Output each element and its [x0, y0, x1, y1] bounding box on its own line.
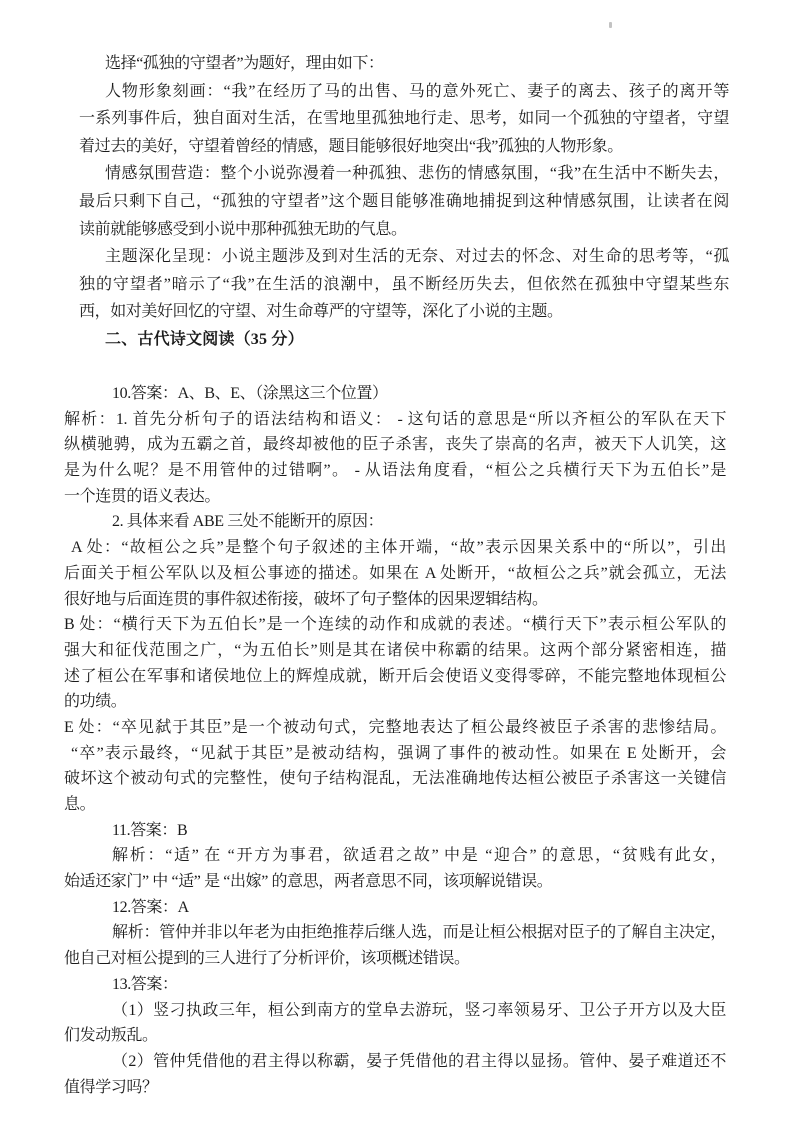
section-heading: 二、古代诗文阅读（35 分）: [79, 326, 729, 354]
text-line: 始适还家门” 中 “适” 是 “出嫁” 的意思，两者意思不同，该项解说错误。: [64, 869, 726, 895]
text-line: 是为什么呢？是不用管仲的过错啊”。 - 从语法角度看，“桓公之兵横行天下为五伯长…: [64, 458, 726, 484]
text-line: 他自己对桓公提到的三人进行了分析评价，该项概述错误。: [64, 946, 726, 972]
document-page: 选择“孤独的守望者”为题好，理由如下：人物形象刻画：“我”在经历了马的出售、马的…: [0, 0, 800, 1128]
text-line: 选择“孤独的守望者”为题好，理由如下：: [79, 50, 729, 78]
scan-artifact-dot: [609, 22, 612, 28]
text-line: 后面关于桓公军队以及桓公事迹的描述。如果在 A 处断开，“故桓公之兵”就会孤立，…: [64, 561, 726, 587]
answer-text-block-main: 10.答案：A、B、E、（涂黑这三个位置）解析：1. 首先分析句子的语法结构和语…: [64, 381, 726, 1100]
text-line: 值得学习吗？: [64, 1075, 726, 1101]
text-line: 的功绩。: [64, 689, 726, 715]
text-line: 着过去的美好，守望着曾经的情感，题目能够很好地突出“我”孤独的人物形象。: [79, 133, 729, 161]
text-line: （2）管仲凭借他的君主得以称霸，晏子凭借他的君主得以显扬。管仲、晏子难道还不: [64, 1049, 726, 1075]
text-line: 12.答案：A: [64, 895, 726, 921]
text-line: 主题深化呈现：小说主题涉及到对生活的无奈、对过去的怀念、对生命的思考等，“孤: [79, 243, 729, 271]
text-line: 一个连贯的语义表达。: [64, 484, 726, 510]
text-line: 10.答案：A、B、E、（涂黑这三个位置）: [64, 381, 726, 407]
text-line: 解析：“适” 在 “开方为事君，欲适君之故” 中是 “迎合” 的意思，“贫贱有此…: [64, 843, 726, 869]
text-line: 最后只剩下自己，“孤独的守望者”这个题目能够准确地捕捉到这种情感氛围，让读者在阅: [79, 188, 729, 216]
text-line: 很好地与后面连贯的事件叙述衔接，破坏了句子整体的因果逻辑结构。: [64, 587, 726, 613]
text-line: 13.答案：: [64, 972, 726, 998]
text-line: B 处：“横行天下为五伯长”是一个连续的动作和成就的表述。“横行天下”表示桓公军…: [64, 612, 726, 638]
text-line: “卒”表示最终，“见弑于其臣”是被动结构，强调了事件的被动性。如果在 E 处断开…: [64, 741, 726, 767]
answer-text-block-top: 选择“孤独的守望者”为题好，理由如下：人物形象刻画：“我”在经历了马的出售、马的…: [79, 50, 729, 354]
text-line: 们发动叛乱。: [64, 1023, 726, 1049]
text-line: 2. 具体来看 ABE 三处不能断开的原因：: [64, 509, 726, 535]
text-line: （1）竖刁执政三年，桓公到南方的堂阜去游玩，竖刁率领易牙、卫公子开方以及大臣: [64, 998, 726, 1024]
text-line: E 处：“卒见弑于其臣”是一个被动句式，完整地表达了桓公最终被臣子杀害的悲惨结局…: [64, 715, 726, 741]
text-line: 解析：管仲并非以年老为由拒绝推荐后继人选，而是让桓公根据对臣子的了解自主决定，: [64, 920, 726, 946]
text-line: 一系列事件后，独自面对生活，在雪地里孤独地行走、思考，如同一个孤独的守望者，守望: [79, 105, 729, 133]
text-line: 11.答案：B: [64, 818, 726, 844]
text-line: 纵横驰骋，成为五霸之首，最终却被他的臣子杀害，丧失了崇高的名声，被天下人讥笑，这: [64, 432, 726, 458]
text-line: 息。: [64, 792, 726, 818]
text-line: 强大和征伐范围之广，“为五伯长”则是其在诸侯中称霸的结果。这两个部分紧密相连，描: [64, 638, 726, 664]
text-line: 述了桓公在军事和诸侯地位上的辉煌成就，断开后会使语义变得零碎，不能完整地体现桓公: [64, 664, 726, 690]
text-line: 解析：1. 首先分析句子的语法结构和语义： - 这句话的意思是“所以齐桓公的军队…: [64, 407, 726, 433]
text-line: 独的守望者”暗示了“我”在生活的浪潮中，虽不断经历失去，但依然在孤独中守望某些东: [79, 271, 729, 299]
text-line: 情感氛围营造：整个小说弥漫着一种孤独、悲伤的情感氛围，“我”在生活中不断失去，: [79, 160, 729, 188]
text-line: A 处：“故桓公之兵”是整个句子叙述的主体开端，“故”表示因果关系中的“所以”，…: [64, 535, 726, 561]
text-line: 读前就能够感受到小说中那种孤独无助的气息。: [79, 216, 729, 244]
text-line: 破坏这个被动句式的完整性，使句子结构混乱，无法准确地传达桓公被臣子杀害这一关键信: [64, 766, 726, 792]
text-line: 人物形象刻画：“我”在经历了马的出售、马的意外死亡、妻子的离去、孩子的离开等: [79, 78, 729, 106]
text-line: 西，如对美好回忆的守望、对生命尊严的守望等，深化了小说的主题。: [79, 298, 729, 326]
